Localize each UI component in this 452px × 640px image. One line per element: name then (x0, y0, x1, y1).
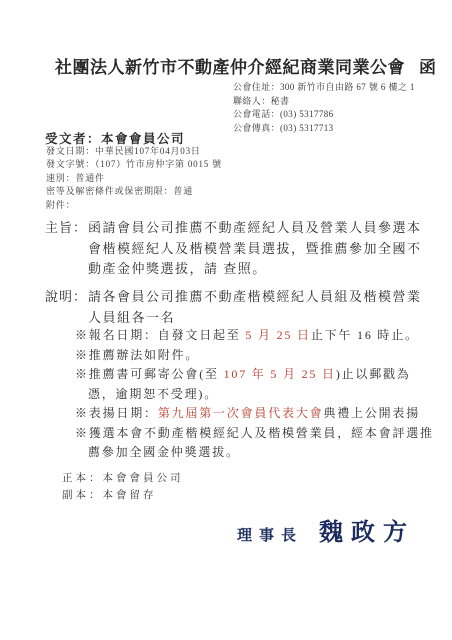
security-level: 密等及解密條件或保密期限：普通 (46, 185, 222, 198)
issue-date: 發文日期：中華民國107年04月03日 (46, 145, 222, 158)
contact-block: 公會住址：300 新竹市自由路 67 號 6 樓之 1 聯絡人：秘書 公會電話：… (233, 81, 415, 135)
contact-phone: 公會電話：(03) 5317786 (233, 108, 415, 122)
subject-text: 函請會員公司推薦不動產經紀人員及營業人員參選本會楷模經紀人及楷模營業員選拔，暨推… (88, 218, 422, 280)
note-item-mailing: ※推薦書可郵寄公會(至 107 年 5 月 25 日)止以郵戳為憑，逾期恕不受理… (75, 365, 437, 404)
association-name: 社團法人新竹市不動產仲介經紀商業同業公會 (55, 53, 405, 78)
contact-address: 公會住址：300 新竹市自由路 67 號 6 樓之 1 (233, 81, 415, 95)
doc-type-label: 函 (419, 53, 436, 78)
attachment-line: 附件： (46, 199, 222, 212)
description-text: 請各會員公司推薦不動產楷模經紀人員組及楷模營業人員組各一名 (88, 287, 422, 328)
note-item-method: ※推薦辦法如附件。 (75, 346, 437, 366)
note-text: ※獲選本會不動產楷模經紀人及楷模營業員，經本會評選推薦參加全國金仲獎選拔。 (75, 426, 434, 460)
note-item-national-award: ※獲選本會不動產楷模經紀人及楷模營業員，經本會評選推薦參加全國金仲獎選拔。 (75, 424, 437, 463)
note-item-registration-date: ※報名日期：自發文日起至 5 月 25 日止下午 16 時止。 (75, 326, 437, 346)
delivery-speed: 速別：普通件 (46, 172, 222, 185)
note-text: ※報名日期：自發文日起至 (75, 328, 245, 342)
document-header: 社團法人新竹市不動產仲介經紀商業同業公會 函 (55, 53, 436, 78)
signature-block: 理事長 魏政方 (237, 512, 415, 547)
chairman-name: 魏政方 (319, 512, 415, 547)
note-highlight-deadline: 107 年 5 月 25 日 (224, 367, 336, 381)
chairman-title: 理事長 (237, 524, 303, 545)
copies-block: 正本：本會會員公司 副本：本會留存 (62, 470, 184, 504)
note-text: ※推薦辦法如附件。 (75, 348, 199, 362)
document-page: 社團法人新竹市不動產仲介經紀商業同業公會 函 公會住址：300 新竹市自由路 6… (0, 0, 452, 640)
description-paragraph: 說明： 請各會員公司推薦不動產楷模經紀人員組及楷模營業人員組各一名 (45, 287, 422, 328)
description-label: 說明： (45, 287, 88, 328)
subject-label: 主旨： (45, 218, 88, 280)
contact-fax: 公會傳真：(03) 5317713 (233, 122, 415, 136)
meta-block: 發文日期：中華民國107年04月03日 發文字號：（107）竹市房仲字第 001… (46, 145, 222, 212)
original-copy-line: 正本：本會會員公司 (62, 470, 184, 487)
note-list: ※報名日期：自發文日起至 5 月 25 日止下午 16 時止。 ※推薦辦法如附件… (75, 326, 437, 463)
duplicate-copy-line: 副本：本會留存 (62, 487, 184, 504)
note-item-ceremony: ※表揚日期：第九屆第一次會員代表大會典禮上公開表揚 (75, 404, 437, 424)
doc-number: 發文字號：（107）竹市房仲字第 0015 號 (46, 158, 222, 171)
note-text: 典禮上公開表揚 (323, 406, 420, 420)
note-highlight-event: 第九屆第一次會員代表大會 (158, 406, 324, 420)
subject-paragraph: 主旨： 函請會員公司推薦不動產經紀人員及營業人員參選本會楷模經紀人及楷模營業員選… (45, 218, 422, 280)
note-text: ※推薦書可郵寄公會(至 (75, 367, 224, 381)
note-highlight-date: 5 月 25 日 (245, 328, 310, 342)
note-text: 止下午 16 時止。 (311, 328, 419, 342)
note-text: ※表揚日期： (75, 406, 158, 420)
contact-person: 聯絡人：秘書 (233, 95, 415, 109)
